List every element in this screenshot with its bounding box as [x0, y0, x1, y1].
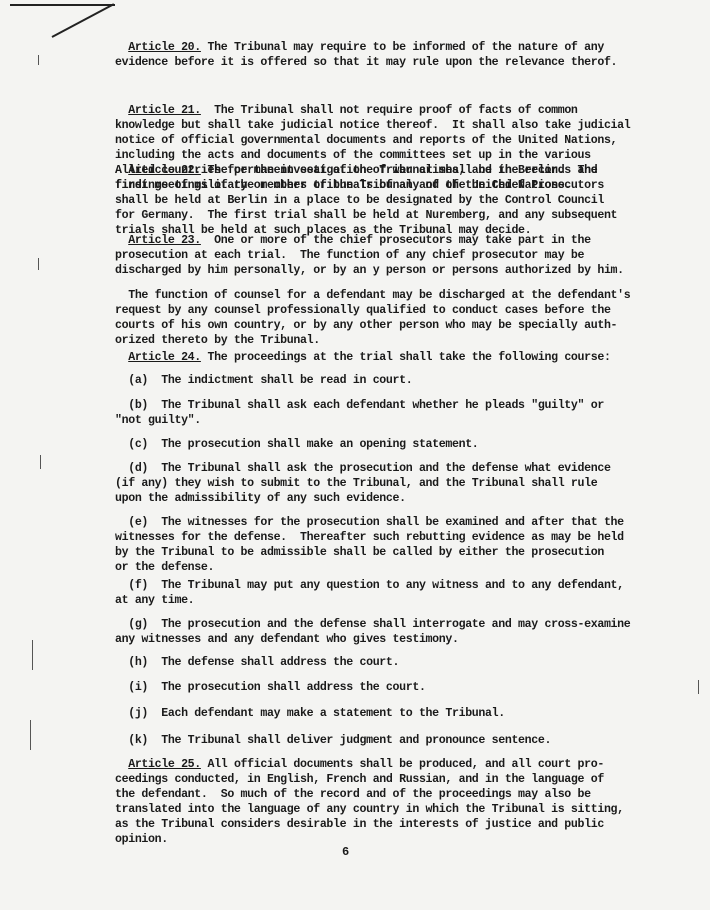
text-line: the defendant. So much of the record and… — [115, 787, 615, 802]
text-line: (if any) they wish to submit to the Trib… — [115, 476, 615, 491]
clause-paragraph: (b) The Tribunal shall ask each defendan… — [115, 398, 615, 428]
text-line: upon the admissibility of any such evide… — [115, 491, 615, 506]
text-line: Article 22. The permanent seat of the Tr… — [115, 163, 615, 178]
text-line: Article 25. All official documents shall… — [115, 757, 615, 772]
text-line: orized thereto by the Tribunal. — [115, 333, 615, 348]
article-paragraph: Article 22. The permanent seat of the Tr… — [115, 163, 615, 238]
text-line: Article 20. The Tribunal may require to … — [115, 40, 615, 55]
page-number: 6 — [342, 845, 349, 859]
clause-paragraph: (h) The defense shall address the court. — [115, 655, 615, 670]
text-line: or the defense. — [115, 560, 615, 575]
pen-mark — [10, 4, 115, 6]
clause-paragraph: (f) The Tribunal may put any question to… — [115, 578, 615, 608]
article-heading: Article 22. — [128, 164, 201, 177]
text-line: (k) The Tribunal shall deliver judgment … — [115, 733, 615, 748]
text-line: (c) The prosecution shall make an openin… — [115, 437, 615, 452]
clause-paragraph: (j) Each defendant may make a statement … — [115, 706, 615, 721]
margin-mark — [32, 640, 33, 670]
text-line: (j) Each defendant may make a statement … — [115, 706, 615, 721]
text-line: evidence before it is offered so that it… — [115, 55, 615, 70]
text-line: (g) The prosecution and the defense shal… — [115, 617, 615, 632]
margin-mark — [40, 455, 41, 469]
text-line: any witnesses and any defendant who give… — [115, 632, 615, 647]
article-paragraph: Article 25. All official documents shall… — [115, 757, 615, 847]
text-line: The function of counsel for a defendant … — [115, 288, 615, 303]
pen-mark — [52, 3, 115, 38]
margin-mark — [30, 720, 31, 750]
text-line: courts of his own country, or by any oth… — [115, 318, 615, 333]
text-line: opinion. — [115, 832, 615, 847]
article-paragraph: The function of counsel for a defendant … — [115, 288, 615, 348]
text-line: (b) The Tribunal shall ask each defendan… — [115, 398, 615, 413]
text-line: (i) The prosecution shall address the co… — [115, 680, 615, 695]
text-line: knowledge but shall take judicial notice… — [115, 118, 615, 133]
article-heading: Article 25. — [128, 758, 201, 771]
clause-paragraph: (i) The prosecution shall address the co… — [115, 680, 615, 695]
text-line: first meetings of the members of the Tri… — [115, 178, 615, 193]
text-line: ceedings conducted, in English, French a… — [115, 772, 615, 787]
text-line: "not guilty". — [115, 413, 615, 428]
clause-paragraph: (c) The prosecution shall make an openin… — [115, 437, 615, 452]
text-line: as the Tribunal considers desirable in t… — [115, 817, 615, 832]
article-heading: Article 20. — [128, 41, 201, 54]
margin-mark — [38, 258, 39, 270]
clause-paragraph: (e) The witnesses for the prosecution sh… — [115, 515, 615, 575]
clause-paragraph: (k) The Tribunal shall deliver judgment … — [115, 733, 615, 748]
text-line: (h) The defense shall address the court. — [115, 655, 615, 670]
text-line: (d) The Tribunal shall ask the prosecuti… — [115, 461, 615, 476]
clause-paragraph: (d) The Tribunal shall ask the prosecuti… — [115, 461, 615, 506]
text-line: for Germany. The first trial shall be he… — [115, 208, 615, 223]
article-paragraph: Article 20. The Tribunal may require to … — [115, 40, 615, 70]
text-line: prosecution at each trial. The function … — [115, 248, 615, 263]
article-paragraph: Article 24. The proceedings at the trial… — [115, 350, 615, 365]
article-heading: Article 24. — [128, 351, 201, 364]
article-heading: Article 21. — [128, 104, 201, 117]
text-line: discharged by him personally, or by an y… — [115, 263, 615, 278]
document-page: Article 20. The Tribunal may require to … — [0, 0, 710, 910]
text-line: (f) The Tribunal may put any question to… — [115, 578, 615, 593]
text-line: request by any counsel professionally qu… — [115, 303, 615, 318]
article-paragraph: Article 23. One or more of the chief pro… — [115, 233, 615, 278]
article-heading: Article 23. — [128, 234, 201, 247]
margin-mark — [698, 680, 699, 694]
clause-paragraph: (g) The prosecution and the defense shal… — [115, 617, 615, 647]
text-line: notice of official governmental document… — [115, 133, 615, 148]
text-line: witnesses for the defense. Thereafter su… — [115, 530, 615, 545]
text-line: Article 24. The proceedings at the trial… — [115, 350, 615, 365]
margin-mark — [38, 55, 39, 65]
text-line: shall be held at Berlin in a place to be… — [115, 193, 615, 208]
text-line: Article 21. The Tribunal shall not requi… — [115, 103, 615, 118]
text-line: (a) The indictment shall be read in cour… — [115, 373, 615, 388]
text-line: at any time. — [115, 593, 615, 608]
text-line: translated into the language of any coun… — [115, 802, 615, 817]
text-line: by the Tribunal to be admissible shall b… — [115, 545, 615, 560]
text-line: Article 23. One or more of the chief pro… — [115, 233, 615, 248]
text-line: (e) The witnesses for the prosecution sh… — [115, 515, 615, 530]
text-line: including the acts and documents of the … — [115, 148, 615, 163]
clause-paragraph: (a) The indictment shall be read in cour… — [115, 373, 615, 388]
